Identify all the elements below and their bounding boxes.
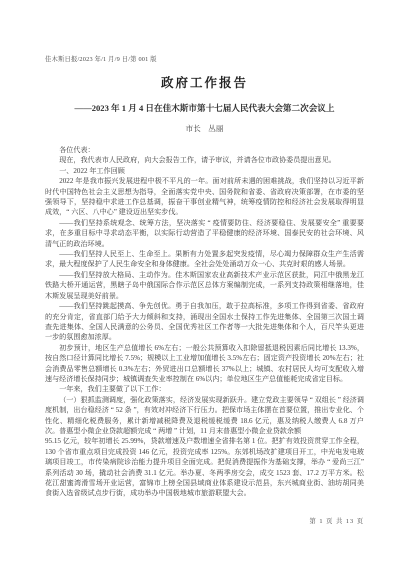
document-page: 佳木斯日报/2023 年/1 月/9 日/第 001 版 政府工作报告 ——20…: [0, 0, 410, 580]
page-content: 佳木斯日报/2023 年/1 月/9 日/第 001 版 政府工作报告 ——20…: [45, 54, 364, 540]
author-byline: 市长 丛丽: [45, 123, 364, 134]
body-paragraph: ——我们坚持人民至上、生命至上。果断有力处置多起突发疫情，尽心竭力保障群众生产生…: [45, 249, 364, 270]
document-body: 各位代表： 现在，我代表市人民政府，向大会报告工作，请予审议，并请各位市政协委员…: [45, 145, 364, 499]
document-subtitle: ——2023 年 1 月 4 日在佳木斯市第十七届人民代表大会第二次会议上: [45, 102, 364, 114]
body-paragraph: 各位代表：: [45, 145, 364, 155]
body-paragraph: 现在，我代表市人民政府，向大会报告工作，请予审议，并请各位市政协委员提出意见。: [45, 155, 364, 165]
document-title: 政府工作报告: [45, 73, 364, 91]
body-paragraph: ——我们坚持跳起摸高、争先创优。勇于自我加压，敢于拉高标准，多项工作得到省委、省…: [45, 301, 364, 343]
section-heading: 一、2022 年工作回顾: [45, 166, 364, 176]
body-paragraph: （一）狠抓监测调度，强化政策落实，经济发展实现新跃升。建立党政主要领导 “ 双组…: [45, 395, 364, 499]
page-number: 第 1 页 共 13 页: [309, 516, 364, 525]
body-paragraph: 2022 年是我市振兴发展进程中极不平凡的一年。面对前所未遇的困难挑战，我们坚持…: [45, 176, 364, 218]
body-paragraph: ——我们坚持放大格局、主动作为。佳木斯国家农业高新技术产业示范区获批，同江中俄黑…: [45, 270, 364, 301]
body-paragraph: ——我们坚持系统观念、统筹方法，坚决落实 “ 疫情要防住、经济要稳住、发展要安全…: [45, 218, 364, 249]
body-paragraph: 一年来，我们主要做了以下工作：: [45, 384, 364, 394]
newspaper-dateline: 佳木斯日报/2023 年/1 月/9 日/第 001 版: [45, 54, 364, 63]
body-paragraph: 初步预计，地区生产总值增长 6%左右；一般公共预算收入扣除留抵退税因素后同比增长…: [45, 343, 364, 385]
